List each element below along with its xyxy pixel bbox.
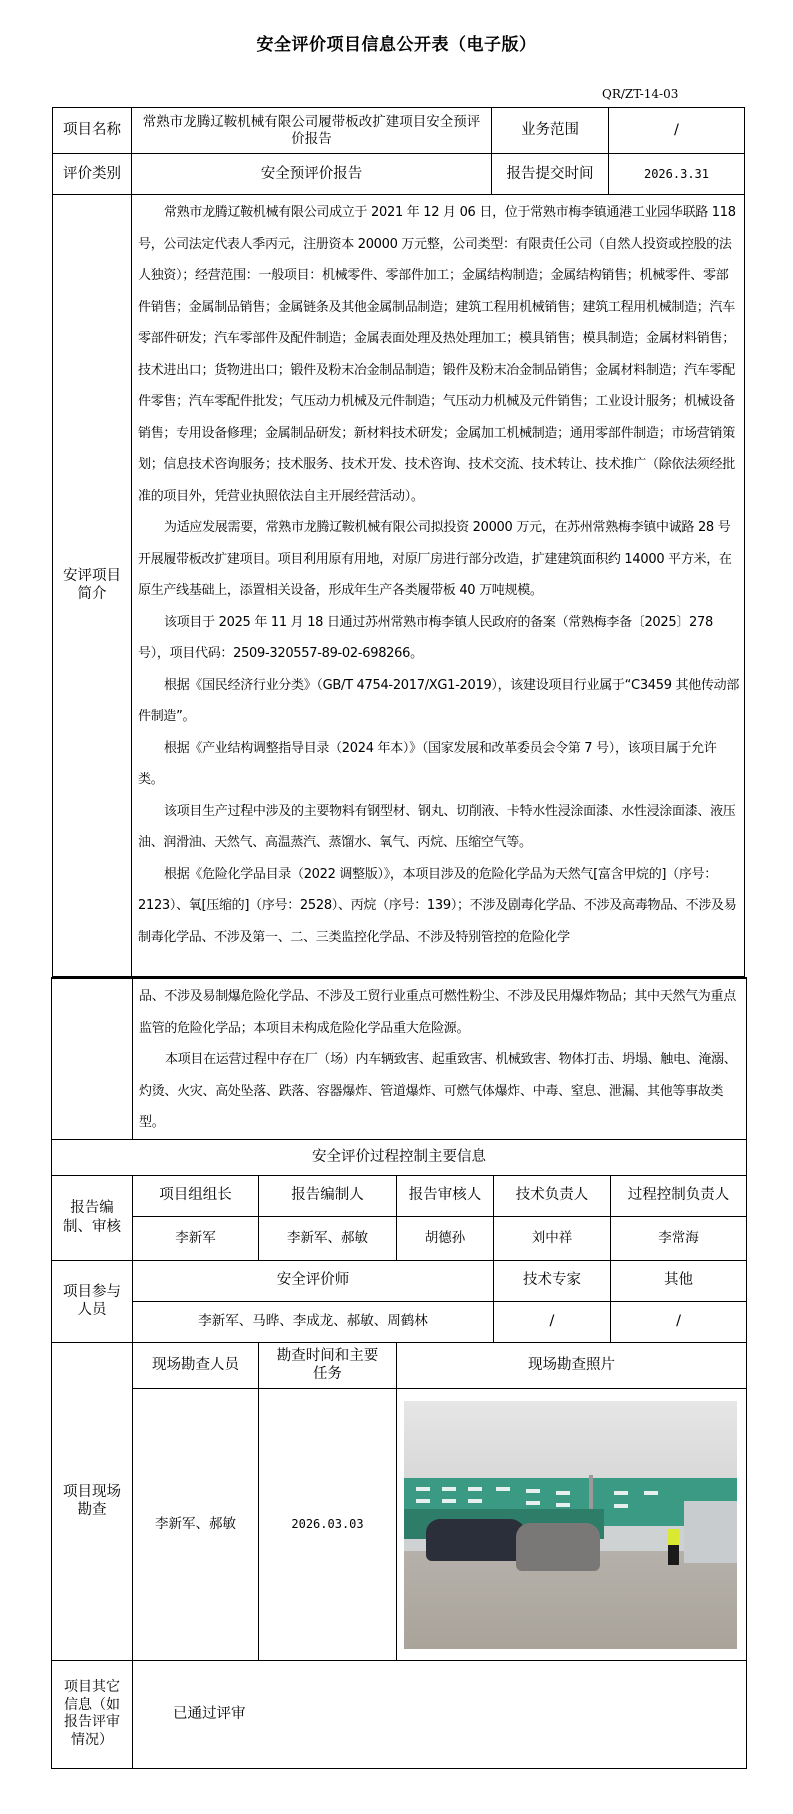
row-section-title: 安全评价过程控制主要信息 — [52, 1139, 747, 1175]
basic-info-table: 项目名称 常熟市龙腾辽鞍机械有限公司履带板改扩建项目安全预评价报告 业务范围 /… — [52, 107, 745, 978]
intro-paragraph: 根据《国民经济行业分类》（GB/T 4754-2017/XG1-2019），该建… — [138, 670, 740, 733]
submit-time-label: 报告提交时间 — [492, 154, 609, 195]
intro-text-continued: 品、不涉及易制爆危险化学品、不涉及工贸行业重点可燃性粉尘、不涉及民用爆炸物品；其… — [133, 978, 747, 1139]
row-participants-headers: 项目参与人员 安全评价师 技术专家 其他 — [52, 1260, 747, 1301]
survey-photo-cell — [397, 1388, 747, 1660]
header-survey-personnel: 现场勘查人员 — [133, 1342, 259, 1388]
participants-label: 项目参与人员 — [52, 1260, 133, 1342]
header-tech-lead: 技术负责人 — [494, 1175, 611, 1216]
intro-paragraph: 常熟市龙腾辽鞍机械有限公司成立于 2021 年 12 月 06 日，位于常熟市梅… — [138, 197, 740, 512]
business-scope-value: / — [609, 108, 745, 154]
intro-paragraph: 本项目在运营过程中存在厂（场）内车辆致害、起重致害、机械致害、物体打击、坍塌、触… — [139, 1044, 742, 1139]
section-title: 安全评价过程控制主要信息 — [52, 1139, 747, 1175]
others: / — [611, 1301, 747, 1342]
tech-lead: 刘中祥 — [494, 1216, 611, 1260]
report-reviewer: 胡德孙 — [397, 1216, 494, 1260]
row-report-team-values: 李新军 李新军、郝敏 胡德孙 刘中祥 李常海 — [52, 1216, 747, 1260]
header-survey-time-task: 勘查时间和主要任务 — [259, 1342, 397, 1388]
process-table: 品、不涉及易制爆危险化学品、不涉及工贸行业重点可燃性粉尘、不涉及民用爆炸物品；其… — [51, 977, 747, 1769]
intro-paragraph: 根据《产业结构调整指导目录（2024 年本）》（国家发展和改革委员会令第 7 号… — [138, 733, 740, 796]
intro-paragraph: 为适应发展需要，常熟市龙腾辽鞍机械有限公司拟投资 20000 万元，在苏州常熟梅… — [138, 512, 740, 607]
intro-label-continued — [52, 978, 133, 1139]
safety-assessors: 李新军、马晔、李成龙、郝敏、周鹤林 — [133, 1301, 494, 1342]
header-safety-assessors: 安全评价师 — [133, 1260, 494, 1301]
intro-paragraph: 品、不涉及易制爆危险化学品、不涉及工贸行业重点可燃性粉尘、不涉及民用爆炸物品；其… — [139, 981, 742, 1044]
photo-car-dark — [426, 1519, 526, 1561]
intro-paragraph: 根据《危险化学品目录（2022 调整版）》，本项目涉及的危险化学品为天然气[富含… — [138, 859, 740, 954]
intro-paragraph: 该项目于 2025 年 11 月 18 日通过苏州常熟市梅李镇人民政府的备案（常… — [138, 607, 740, 670]
project-name-label: 项目名称 — [53, 108, 132, 154]
team-leader: 李新军 — [133, 1216, 259, 1260]
form-code: QR/ZT-14-03 — [602, 87, 678, 101]
header-team-leader: 项目组组长 — [133, 1175, 259, 1216]
photo-guard — [668, 1529, 679, 1565]
tech-experts: / — [494, 1301, 611, 1342]
row-report-team-headers: 报告编制、审核 项目组组长 报告编制人 报告审核人 技术负责人 过程控制负责人 — [52, 1175, 747, 1216]
row-intro-continued: 品、不涉及易制爆危险化学品、不涉及工贸行业重点可燃性粉尘、不涉及民用爆炸物品；其… — [52, 978, 747, 1139]
process-lead: 李常海 — [611, 1216, 747, 1260]
row-project-name: 项目名称 常熟市龙腾辽鞍机械有限公司履带板改扩建项目安全预评价报告 业务范围 / — [53, 108, 745, 154]
photo-guard-hut — [684, 1501, 737, 1563]
header-report-author: 报告编制人 — [259, 1175, 397, 1216]
other-info-label: 项目其它信息（如报告评审情况） — [52, 1660, 133, 1768]
intro-text: 常熟市龙腾辽鞍机械有限公司成立于 2021 年 12 月 06 日，位于常熟市梅… — [132, 195, 745, 977]
report-author: 李新军、郝敏 — [259, 1216, 397, 1260]
row-site-survey-headers: 项目现场勘查 现场勘查人员 勘查时间和主要任务 现场勘查照片 — [52, 1342, 747, 1388]
header-report-reviewer: 报告审核人 — [397, 1175, 494, 1216]
row-eval-type: 评价类别 安全预评价报告 报告提交时间 2026.3.31 — [53, 154, 745, 195]
site-survey-label: 项目现场勘查 — [52, 1342, 133, 1660]
other-info-value: 已通过评审 — [133, 1660, 747, 1768]
eval-type-value: 安全预评价报告 — [132, 154, 492, 195]
header-survey-photo: 现场勘查照片 — [397, 1342, 747, 1388]
eval-type-label: 评价类别 — [53, 154, 132, 195]
intro-paragraph: 该项目生产过程中涉及的主要物料有钢型材、钢丸、切削液、卡特水性浸涂面漆、水性浸涂… — [138, 796, 740, 859]
submit-time-value: 2026.3.31 — [609, 154, 745, 195]
header-tech-experts: 技术专家 — [494, 1260, 611, 1301]
site-photo-image — [404, 1401, 737, 1649]
intro-label: 安评项目简介 — [53, 195, 132, 977]
survey-date: 2026.03.03 — [259, 1388, 397, 1660]
header-others: 其他 — [611, 1260, 747, 1301]
photo-car-grey — [516, 1523, 600, 1571]
document-title: 安全评价项目信息公开表（电子版） — [0, 30, 793, 55]
row-site-survey-values: 李新军、郝敏 2026.03.03 — [52, 1388, 747, 1660]
survey-personnel: 李新军、郝敏 — [133, 1388, 259, 1660]
business-scope-label: 业务范围 — [492, 108, 609, 154]
project-name-value: 常熟市龙腾辽鞍机械有限公司履带板改扩建项目安全预评价报告 — [132, 108, 492, 154]
report-team-label: 报告编制、审核 — [52, 1175, 133, 1260]
row-participants-values: 李新军、马晔、李成龙、郝敏、周鹤林 / / — [52, 1301, 747, 1342]
header-process-lead: 过程控制负责人 — [611, 1175, 747, 1216]
row-other-info: 项目其它信息（如报告评审情况） 已通过评审 — [52, 1660, 747, 1768]
row-intro: 安评项目简介 常熟市龙腾辽鞍机械有限公司成立于 2021 年 12 月 06 日… — [53, 195, 745, 977]
